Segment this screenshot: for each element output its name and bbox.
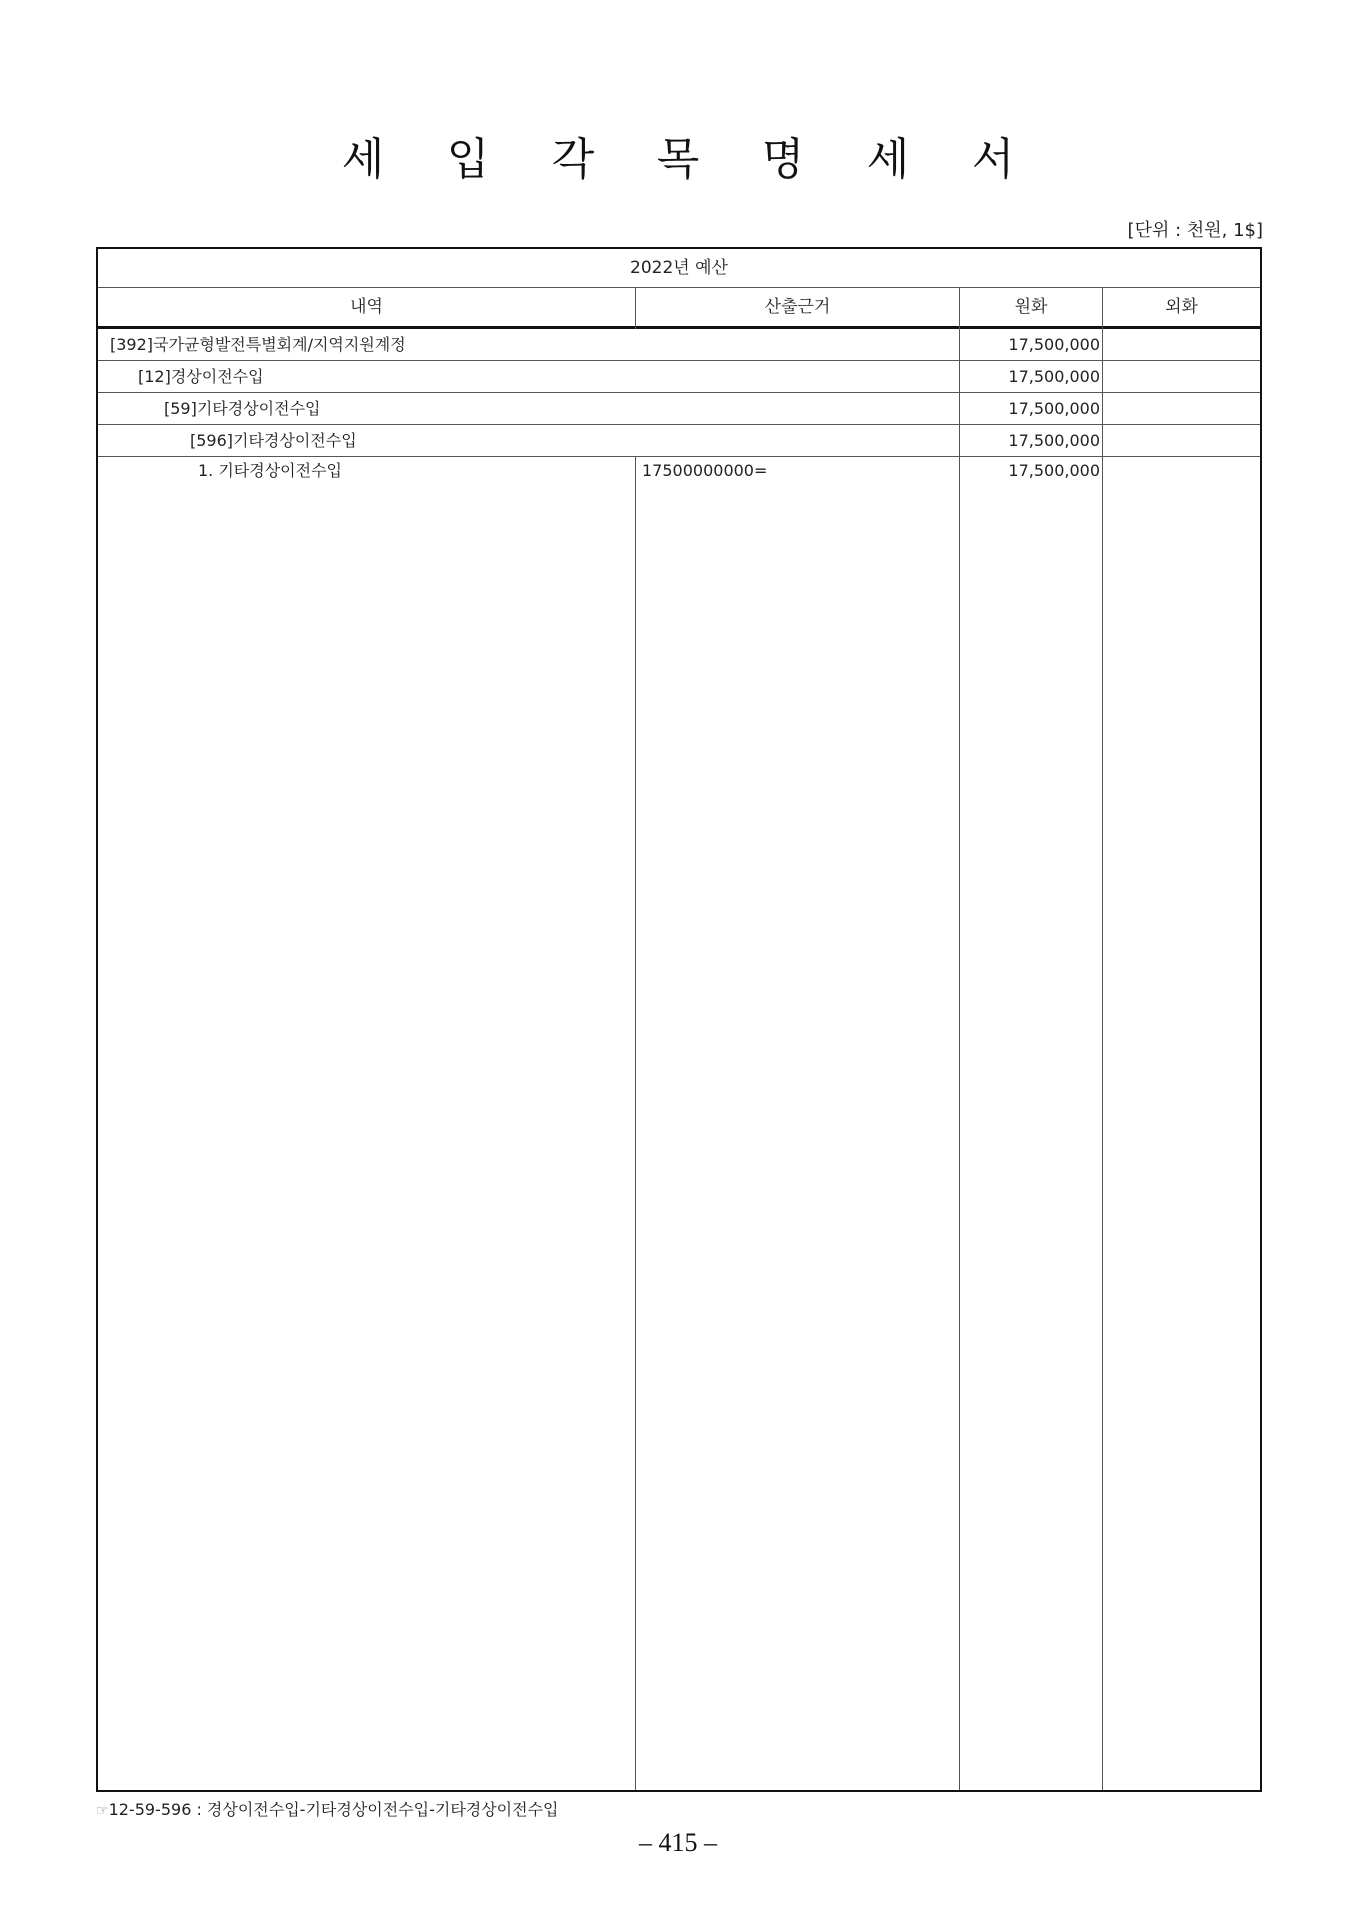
title-char: 서 — [941, 130, 1046, 190]
row-krw: 17,500,000 — [960, 425, 1100, 456]
row-krw: 17,500,000 — [960, 329, 1100, 360]
title-char: 세 — [836, 130, 941, 190]
group-header: 2022년 예산 — [98, 249, 1260, 287]
column-header-foreign: 외화 — [1103, 288, 1260, 326]
column-header-krw: 원화 — [960, 288, 1102, 326]
column-divider — [1102, 287, 1103, 1790]
row-description: [392]국가균형발전특별회계/지역지원계정 — [110, 329, 406, 360]
page-number: – 415 – — [0, 1828, 1356, 1858]
title-char: 명 — [731, 130, 836, 190]
page-title: 세 입 각 목 명 세 서 — [0, 130, 1356, 190]
unit-label: [단위 : 천원, 1$] — [1128, 216, 1263, 242]
title-char: 입 — [416, 130, 521, 190]
row-krw: 17,500,000 — [960, 393, 1100, 424]
column-divider — [959, 287, 960, 1790]
budget-table: 2022년 예산 내역 산출근거 원화 외화 [392]국가균형발전특별회계/지… — [96, 247, 1262, 1792]
footnote: ☞12-59-596 : 경상이전수입-기타경상이전수입-기타경상이전수입 — [96, 1797, 559, 1820]
row-description: 1. 기타경상이전수입 — [198, 455, 342, 486]
row-description: [59]기타경상이전수입 — [164, 393, 321, 424]
column-divider — [635, 456, 636, 1790]
footnote-text: 12-59-596 : 경상이전수입-기타경상이전수입-기타경상이전수입 — [109, 1800, 559, 1819]
column-header-basis: 산출근거 — [636, 288, 959, 326]
row-krw: 17,500,000 — [960, 361, 1100, 392]
title-char: 목 — [626, 130, 731, 190]
row-description: [12]경상이전수입 — [138, 361, 264, 392]
row-krw: 17,500,000 — [960, 455, 1100, 486]
pointing-hand-icon: ☞ — [96, 1803, 109, 1819]
row-basis: 17500000000= — [642, 455, 767, 486]
column-header-description: 내역 — [98, 288, 635, 326]
title-char: 세 — [311, 130, 416, 190]
row-description: [596]기타경상이전수입 — [190, 425, 357, 456]
title-char: 각 — [521, 130, 626, 190]
